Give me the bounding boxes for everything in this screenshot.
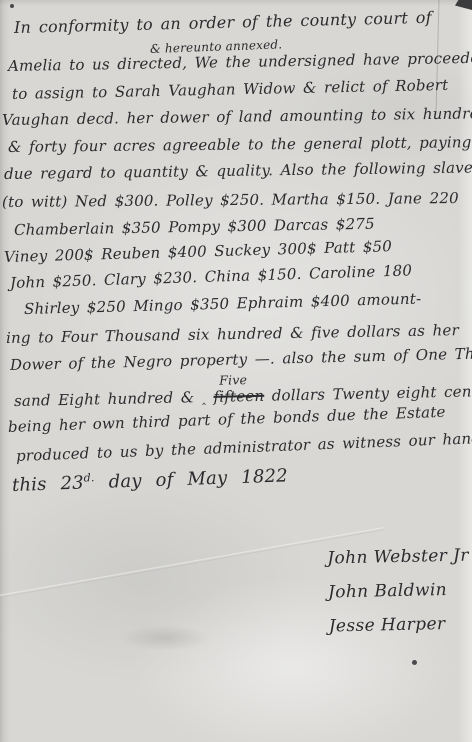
manuscript-line: Shirley $250 Mingo $350 Ephraim $400 amo…	[24, 290, 422, 318]
date-prefix: this 23	[12, 472, 85, 495]
scanned-manuscript-page: & hereunto annexed. In conformity to an …	[0, 0, 472, 742]
manuscript-line: In conformity to an order of the county …	[14, 8, 432, 37]
manuscript-line: to assign to Sarah Vaughan Widow & relic…	[12, 76, 449, 103]
manuscript-line: John $250. Clary $230. China $150. Carol…	[10, 261, 413, 292]
manuscript-line: & forty four acres agreeable to the gene…	[8, 133, 472, 156]
struck-word: fifteen	[213, 387, 264, 406]
ink-dot	[10, 4, 14, 8]
dark-corner-mark	[455, 0, 472, 10]
diagonal-fold-crease	[0, 527, 384, 603]
manuscript-line: (to witt) Ned $300. Polley $250. Martha …	[2, 189, 459, 211]
signature: John Webster Jr	[327, 539, 469, 576]
date-suffix: day of May 1822	[94, 465, 288, 493]
signature: John Baldwin	[328, 573, 470, 610]
inserted-word-above: Five	[219, 372, 247, 388]
manuscript-line: Amelia to us directed, We the undersigne…	[8, 49, 472, 75]
paper-smudge	[120, 625, 210, 651]
manuscript-line: Dower of the Negro property —. also the …	[10, 344, 472, 374]
signature-block: John Webster Jr John Baldwin Jesse Harpe…	[327, 539, 471, 644]
insertion-caret: ‸	[202, 391, 207, 405]
manuscript-line: Chamberlain $350 Pompy $300 Darcas $275	[14, 215, 375, 239]
manuscript-line: ing to Four Thousand six hundred & five …	[6, 321, 459, 347]
ink-dot	[412, 660, 417, 665]
amount-text-pre: sand Eight hundred &	[14, 388, 195, 410]
manuscript-line: Vaughan decd. her dower of land amountin…	[2, 104, 472, 129]
manuscript-line: due regard to quantity & quality. Also t…	[4, 158, 472, 183]
signature: Jesse Harper	[328, 607, 470, 644]
date-line: this 23d. day of May 1822	[12, 464, 289, 496]
manuscript-line: produced to us by the administrator as w…	[16, 429, 472, 465]
amount-text-post: dollars Twenty eight cents	[272, 382, 472, 404]
manuscript-line: Viney 200$ Reuben $400 Suckey 300$ Patt …	[4, 237, 393, 266]
corrected-word-wrap: fifteen Five	[213, 387, 264, 406]
date-superscript: d.	[83, 471, 94, 484]
